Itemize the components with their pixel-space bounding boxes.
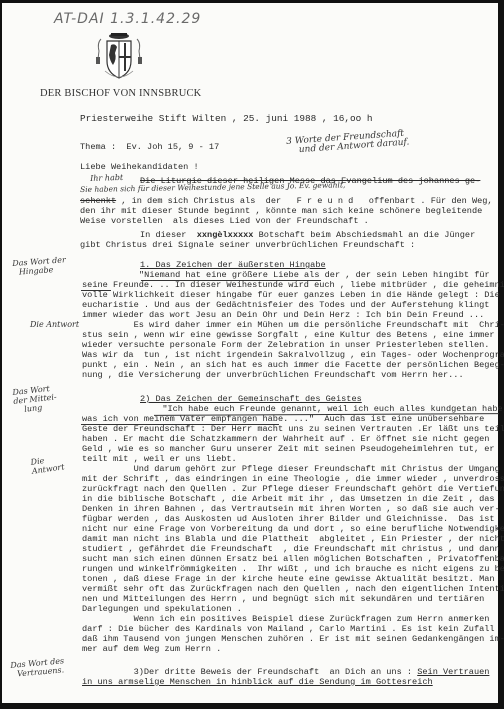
intro-line: den ihr mit dieser Stunde beginnt , könn… — [80, 206, 482, 216]
theme-line: Thema : Ev. Joh 15, 9 - 17 — [80, 142, 219, 152]
text-span: Botschaft beim Abschiedsmahl an die Jüng… — [253, 230, 475, 240]
body-line: sucht man sich einen dünnen Ersatz bei a… — [82, 554, 504, 564]
body-line: Geld , wie es so mancher Guru unserer Ze… — [82, 444, 495, 454]
body-line: volle Wirklichkeit dieser hingabe für eu… — [82, 290, 500, 300]
body-line: daß ihm Tausend von jungen Menschen zuhö… — [82, 634, 504, 644]
body-line: Und darum gehört zur Pflege dieser Freun… — [82, 464, 500, 474]
body-line: haben . Er macht die Schatzkammern der W… — [82, 434, 489, 444]
handwritten-theme-note: 3 Worte der Freundschaft und der Antwort… — [286, 129, 410, 156]
margin-note: Die Antwort — [30, 320, 79, 329]
body-line: nen und Mitteilungen des Herrn , und beg… — [82, 594, 484, 604]
heading-text: 1. Das Zeichen der äußersten Hingabe — [140, 260, 326, 270]
body-line: wieder versuchte personale Form der Zele… — [82, 340, 489, 350]
body-line: seine Freunde. .. In dieser Weihestunde … — [82, 280, 504, 290]
occasion-line: Priesterweihe Stift Wilten , 25. juni 19… — [80, 114, 373, 124]
archive-stamp: AT-DAI 1.3.1.42.29 — [54, 11, 201, 27]
heading-text: 2) Das Zeichen der Gemeinschaft des Geis… — [140, 394, 362, 404]
intro-line: Weise vorstellen als dieses Lied von der… — [80, 216, 369, 226]
body-line: darf : Die bücher des Kardinals von Mail… — [82, 624, 495, 634]
underlined-text: Sein Vertrauen — [417, 667, 489, 677]
margin-note: Das Wort der Mittei- lung — [12, 383, 58, 414]
body-line: studiert , gefährdet die Freundschaft , … — [82, 544, 500, 554]
body-line: immer wieder das wort Jesu an Dein Ohr u… — [82, 310, 484, 320]
episcopal-coat-of-arms-icon — [95, 31, 143, 83]
document-page: AT-DAI 1.3.1.42.29 DER BISCHOF VON INNSB… — [2, 3, 498, 703]
body-line: was ich von meinem Vater empfangen habe.… — [82, 414, 484, 424]
body-line: tonen , daß diese Frage in der kirche he… — [82, 574, 495, 584]
body-line: mer auf dem Weg zum Herrn . — [82, 644, 221, 654]
body-line: Geste der Freundschaft : Der Herr macht … — [82, 424, 504, 434]
body-line: mit der Schrift , das eindringen in eine… — [82, 474, 504, 484]
body-line: nung , die Versicherung der unverbrüchli… — [82, 370, 464, 380]
text-span: In dieser — [140, 230, 197, 240]
body-line: in die biblische Botschaft , die Arbeit … — [82, 494, 495, 504]
margin-note: Die Antwort — [30, 453, 65, 475]
body-line: zurückfragt nach den Quellen . Zur Pfleg… — [82, 484, 504, 494]
handwritten-insert: Ihr habt — [90, 173, 123, 183]
body-line: Denken in ihren Bahnen , das Vertrautsei… — [82, 504, 500, 514]
body-line: damit man nicht ins Blabla und die Platt… — [82, 534, 504, 544]
body-line: punkt , ein . Nein , an sich hat es auch… — [82, 360, 504, 370]
body-line: fügbar werden , das Auskosten ud Auslote… — [82, 514, 495, 524]
body-line: nicht nur eine Frage von Vorbereitung da… — [82, 524, 504, 534]
note-line: Die Antwort — [30, 320, 79, 329]
overstruck-word: xxngèlxxxxx — [197, 230, 254, 240]
text-span: , in dem sich Christus als der F r e u n… — [116, 196, 492, 206]
body-line: vermißt sehr oft das Zurückfragen nach d… — [82, 584, 504, 594]
letterhead: DER BISCHOF VON INNSBRUCK — [40, 88, 201, 99]
section-3-line: 3)Der dritte Beweis der Freundschaft an … — [82, 667, 489, 677]
margin-note: Das Wort des Vertrauens. — [10, 656, 65, 679]
para-line: In dieser xxngèlxxxxx Botschaft beim Abs… — [140, 230, 475, 240]
handwritten-underline — [81, 424, 279, 425]
underline — [141, 280, 321, 281]
section-2-heading: 2) Das Zeichen der Gemeinschaft des Geis… — [140, 394, 362, 404]
body-line: Wenn ich ein positives Beispiel diese Zu… — [82, 614, 489, 624]
underline — [81, 290, 111, 291]
intro-line: schenkt , in dem sich Christus als der F… — [80, 196, 493, 206]
struck-word: schenkt — [80, 196, 116, 206]
section-1-heading: 1. Das Zeichen der äußersten Hingabe — [140, 260, 326, 270]
body-line: Was wir da tun , ist nicht irgendein Sak… — [82, 350, 504, 360]
body-line: teilt mit , weil er uns liebt. — [82, 454, 237, 464]
body-line: Es wird daher immer ein Mühen um die per… — [82, 320, 504, 330]
body-line: eucharistie . Und aus der Gedächtnisfeie… — [82, 300, 489, 310]
section-3-line: in uns armselige Menschen in hinblick au… — [82, 677, 433, 687]
body-line: rungen und winkelfrömmigkeiten . Ihr wiß… — [82, 564, 504, 574]
body-line: stus sein , wenn wir eine gewisse Sorgfa… — [82, 330, 495, 340]
handwritten-insert: Sie haben sich für dieser Weihestunde je… — [80, 180, 345, 194]
body-line: Darlegungen und spekulationen . — [82, 604, 242, 614]
salutation: Liebe Weihekandidaten ! — [80, 162, 199, 172]
body-line: "Niemand hat eine größere Liebe als der … — [139, 270, 490, 280]
text-span: 3)Der dritte Beweis der Freundschaft an … — [82, 667, 417, 677]
para-line: gibt Christus drei Signale seiner unverb… — [80, 240, 415, 250]
margin-note: Das Wort der Hingabe — [12, 255, 67, 277]
